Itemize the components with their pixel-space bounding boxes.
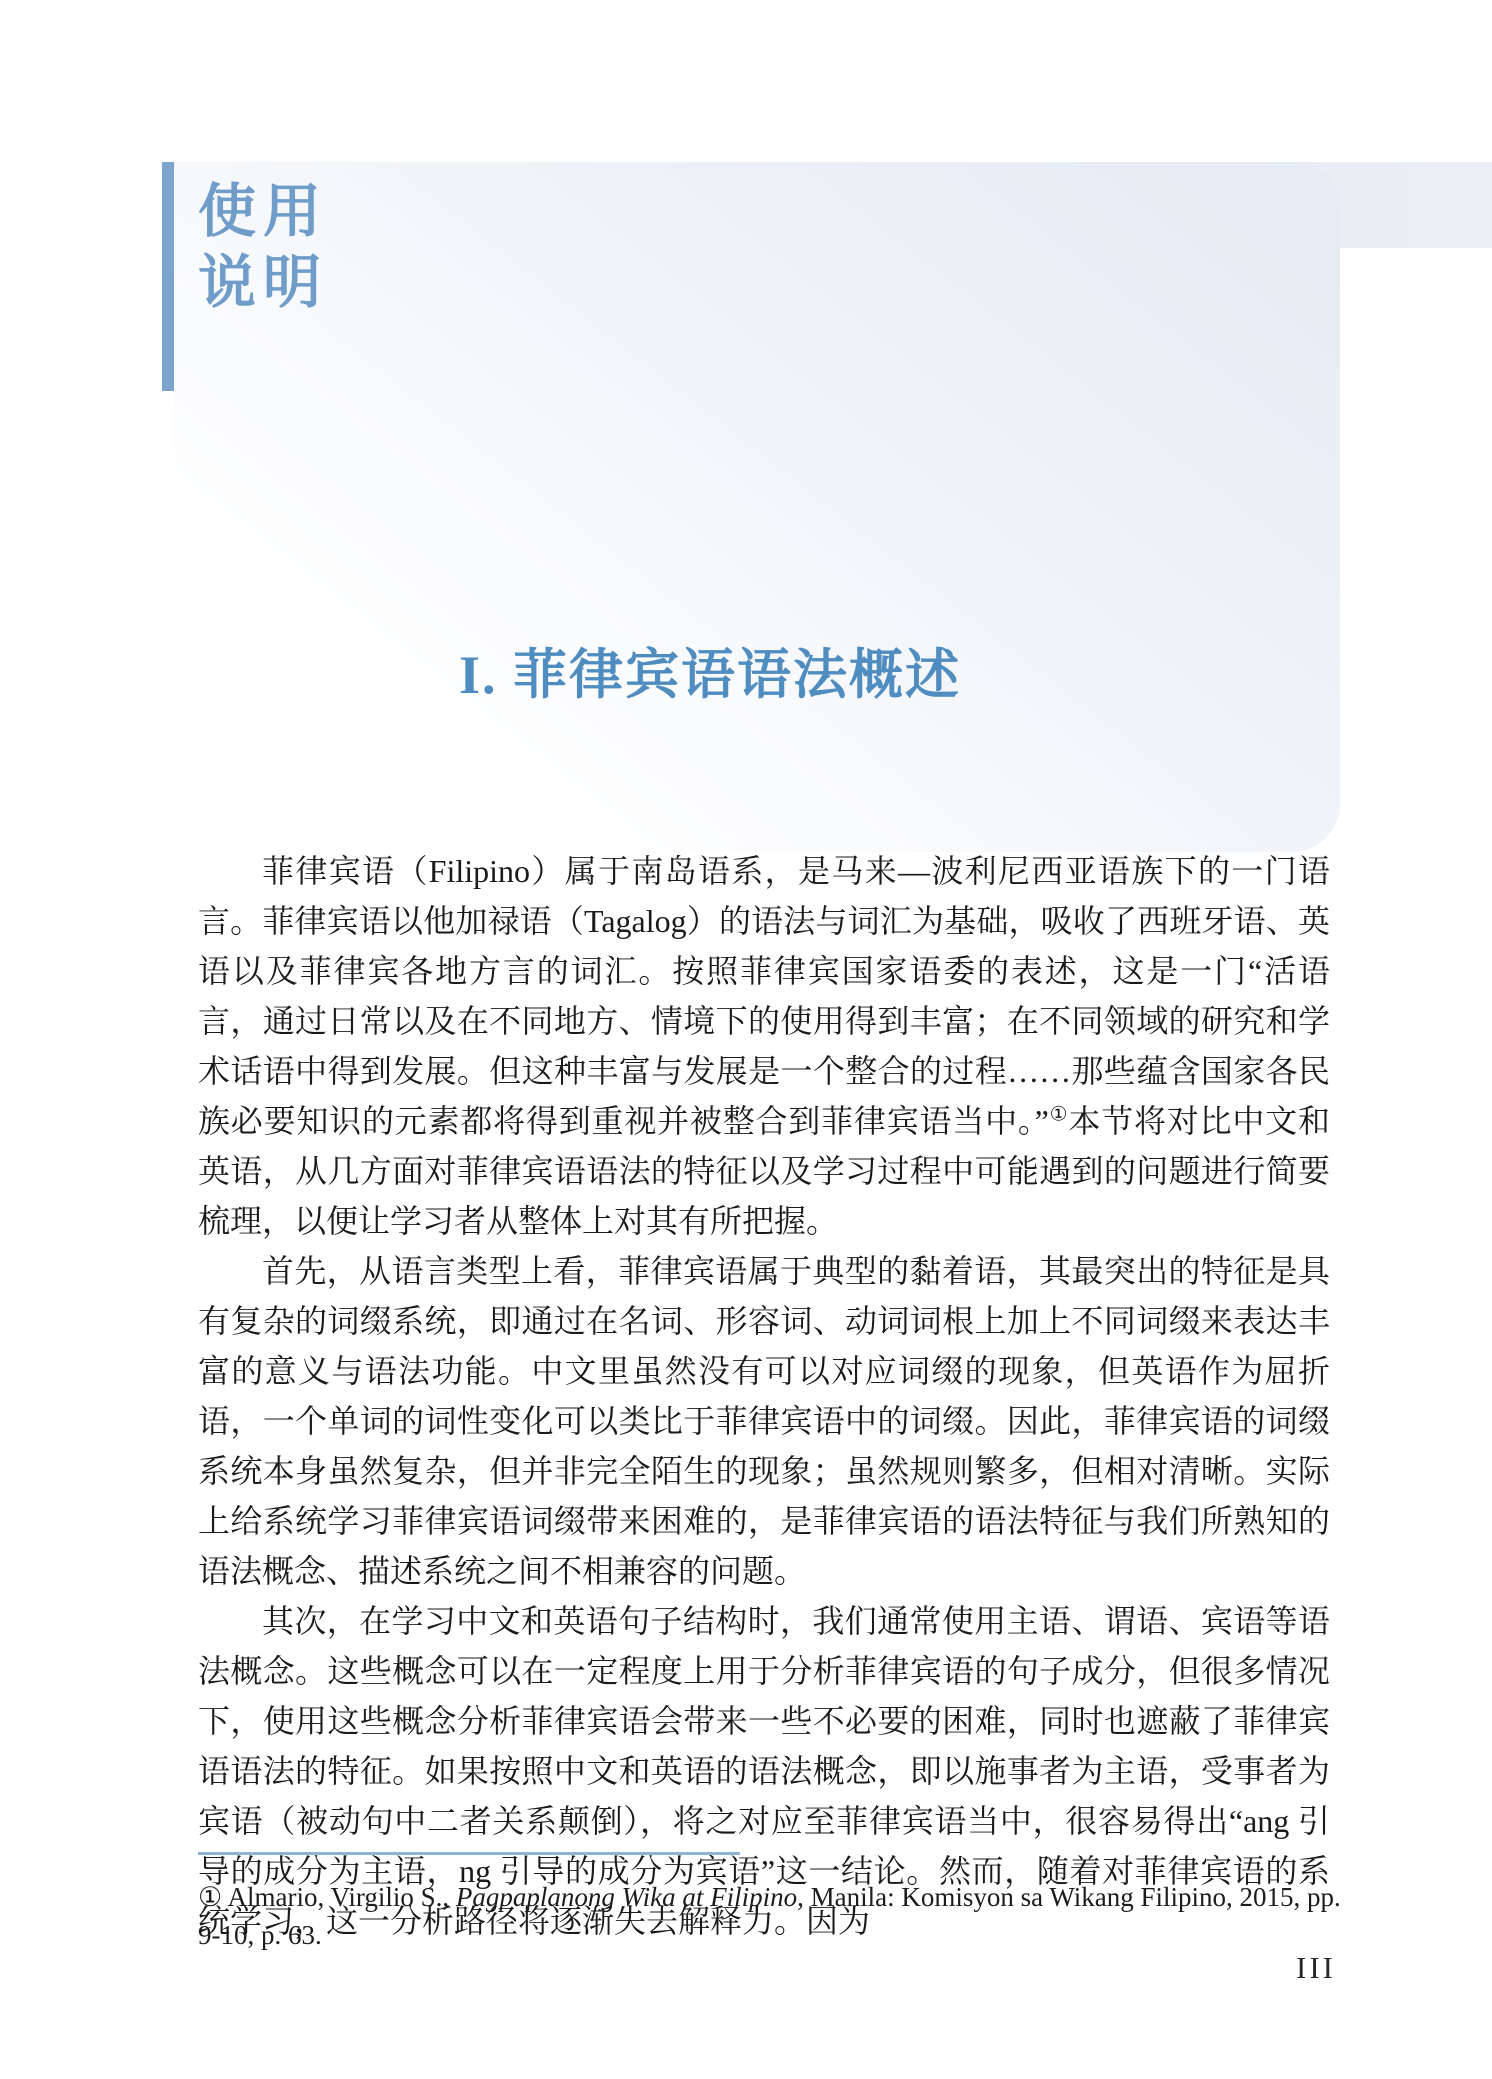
body-paragraph: 菲律宾语（Filipino）属于南岛语系，是马来—波利尼西亚语族下的一门语言。菲… bbox=[198, 846, 1330, 1246]
text-segment: 首先，从语言类型上看，菲律宾语属于典型的黏着语，其最突出的特征是具有复杂的词缀系… bbox=[198, 1253, 1330, 1589]
section-title: I. 菲律宾语语法概述 bbox=[0, 632, 1420, 709]
footnote-reference-mark: ① bbox=[1049, 1103, 1069, 1125]
chapter-side-label: 使用 说明 bbox=[198, 176, 328, 318]
text-segment: ① Almario, Virgilio S., bbox=[198, 1882, 456, 1912]
footnote-separator-rule bbox=[198, 1852, 740, 1855]
header-gradient-panel bbox=[174, 162, 1340, 852]
text-segment: Pagpaplanong Wika at Filipino bbox=[456, 1882, 797, 1912]
body-paragraph: 首先，从语言类型上看，菲律宾语属于典型的黏着语，其最突出的特征是具有复杂的词缀系… bbox=[198, 1246, 1330, 1596]
page-number: III bbox=[1296, 1950, 1336, 1986]
text-segment: 菲律宾语（Filipino）属于南岛语系，是马来—波利尼西亚语族下的一门语言。菲… bbox=[198, 853, 1330, 1139]
footnote-citation: ① Almario, Virgilio S., Pagpaplanong Wik… bbox=[198, 1878, 1358, 1954]
body-text: 菲律宾语（Filipino）属于南岛语系，是马来—波利尼西亚语族下的一门语言。菲… bbox=[198, 846, 1330, 1946]
side-accent-bar bbox=[162, 162, 174, 391]
